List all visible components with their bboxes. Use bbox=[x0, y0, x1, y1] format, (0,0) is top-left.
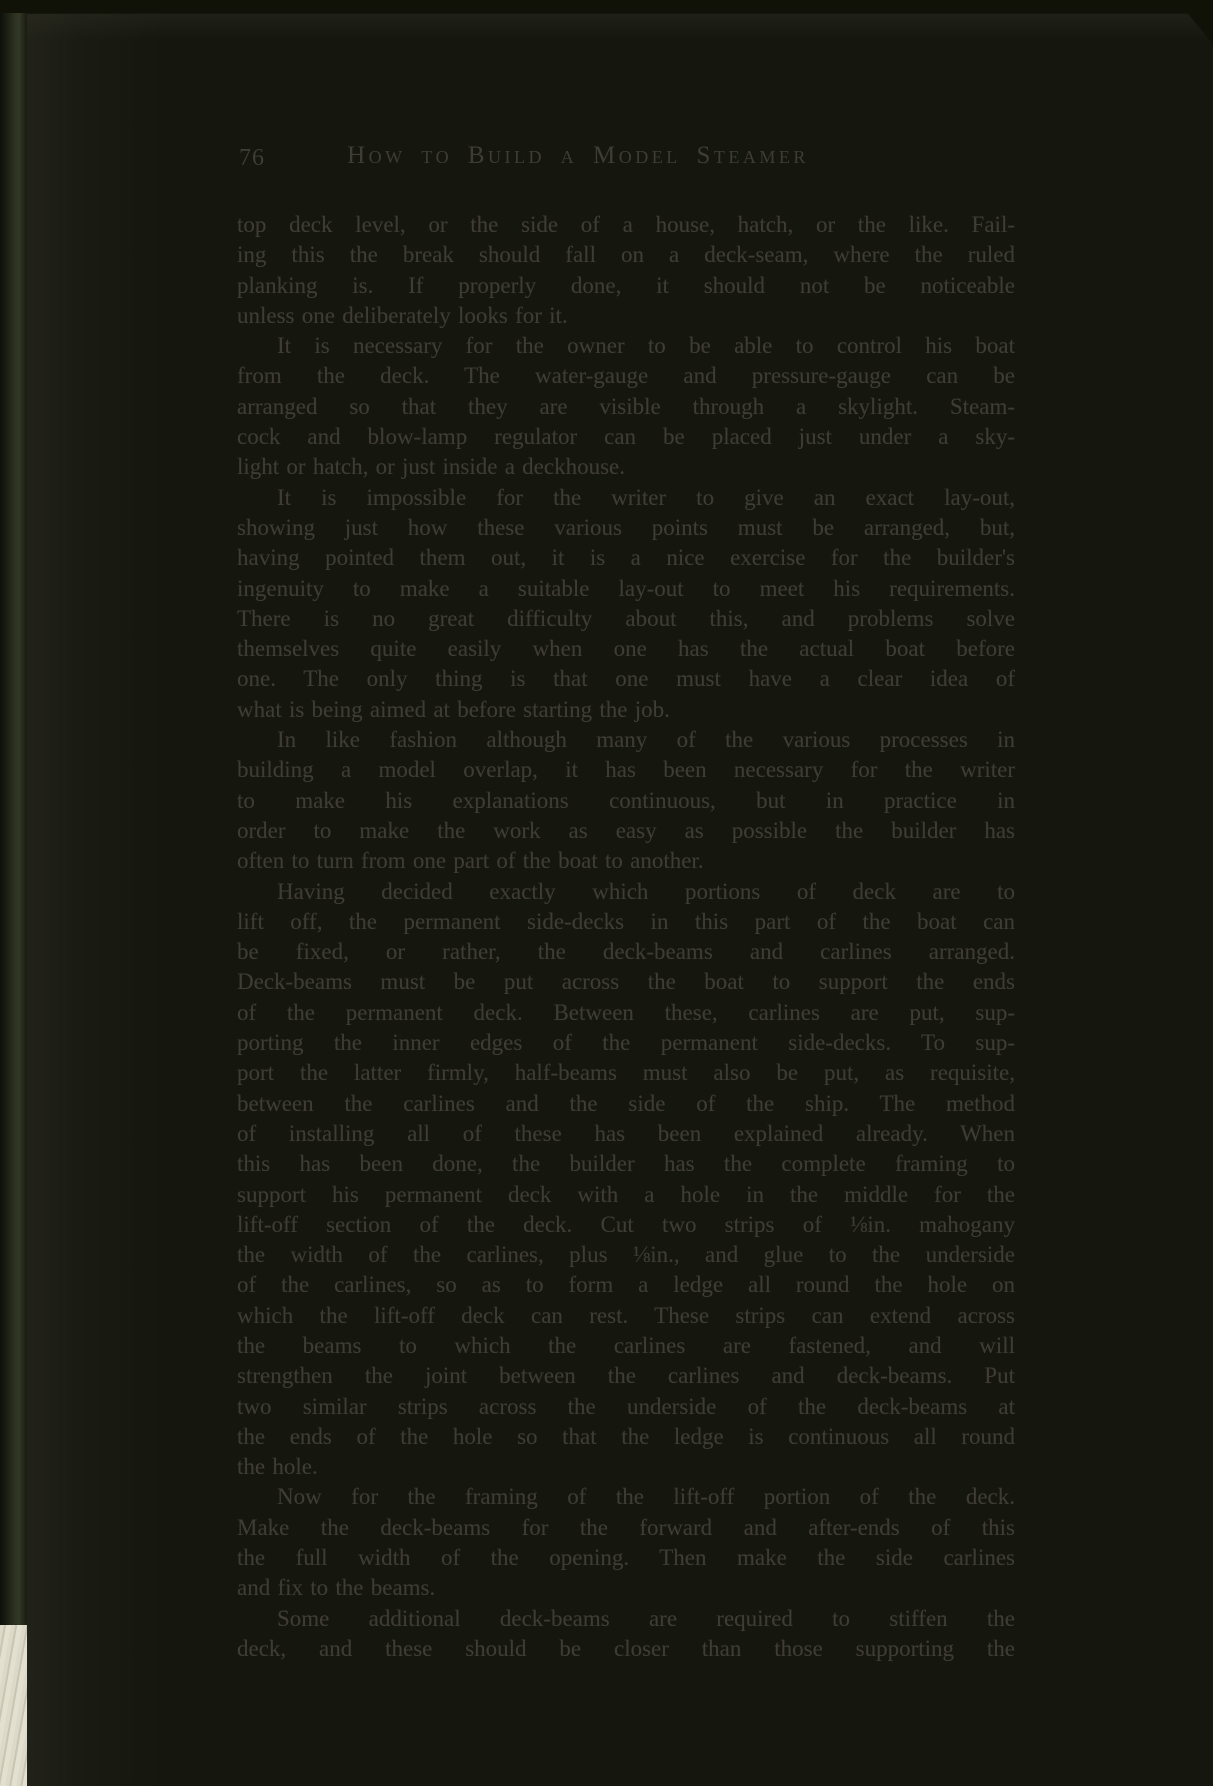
text-line: In like fashion although many of the var… bbox=[237, 725, 1015, 755]
text-line: be fixed, or rather, the deck-beams and … bbox=[237, 937, 1015, 967]
text-line: Deck-beams must be put across the boat t… bbox=[237, 967, 1015, 997]
text-line: of installing all of these has been expl… bbox=[237, 1119, 1015, 1149]
scanned-book-photo: 76 How to Build a Model Steamer top deck… bbox=[0, 0, 1213, 1786]
page-text-block: 76 How to Build a Model Steamer top deck… bbox=[237, 142, 1015, 1664]
text-line: support his permanent deck with a hole i… bbox=[237, 1180, 1015, 1210]
text-line: the ends of the hole so that the ledge i… bbox=[237, 1422, 1015, 1452]
scan-top-edge bbox=[0, 0, 1213, 13]
text-line: top deck level, or the side of a house, … bbox=[237, 210, 1015, 240]
text-line: Now for the framing of the lift-off port… bbox=[237, 1482, 1015, 1512]
text-line: arranged so that they are visible throug… bbox=[237, 392, 1015, 422]
text-line: Having decided exactly which portions of… bbox=[237, 877, 1015, 907]
book-page: 76 How to Build a Model Steamer top deck… bbox=[27, 14, 1213, 1786]
stacked-page-edges bbox=[0, 1625, 27, 1786]
text-line: this has been done, the builder has the … bbox=[237, 1149, 1015, 1179]
text-line: planking is. If properly done, it should… bbox=[237, 271, 1015, 301]
text-line: order to make the work as easy as possib… bbox=[237, 816, 1015, 846]
text-line: ingenuity to make a suitable lay-out to … bbox=[237, 574, 1015, 604]
text-line: and fix to the beams. bbox=[237, 1573, 1015, 1603]
text-line: light or hatch, or just inside a deckhou… bbox=[237, 452, 1015, 482]
book-cover-edge bbox=[0, 0, 27, 1625]
text-line: having pointed them out, it is a nice ex… bbox=[237, 543, 1015, 573]
text-line: one. The only thing is that one must hav… bbox=[237, 664, 1015, 694]
text-line: between the carlines and the side of the… bbox=[237, 1089, 1015, 1119]
text-line: which the lift-off deck can rest. These … bbox=[237, 1301, 1015, 1331]
text-line: porting the inner edges of the permanent… bbox=[237, 1028, 1015, 1058]
text-line: lift off, the permanent side-decks in th… bbox=[237, 907, 1015, 937]
text-line: There is no great difficulty about this,… bbox=[237, 604, 1015, 634]
text-line: what is being aimed at before starting t… bbox=[237, 695, 1015, 725]
text-line: two similar strips across the underside … bbox=[237, 1392, 1015, 1422]
text-line: port the latter firmly, half-beams must … bbox=[237, 1058, 1015, 1088]
text-line: often to turn from one part of the boat … bbox=[237, 846, 1015, 876]
text-line: to make his explanations continuous, but… bbox=[237, 786, 1015, 816]
text-line: building a model overlap, it has been ne… bbox=[237, 755, 1015, 785]
text-line: the beams to which the carlines are fast… bbox=[237, 1331, 1015, 1361]
page-header: 76 How to Build a Model Steamer bbox=[237, 142, 1015, 176]
text-line: ing this the break should fall on a deck… bbox=[237, 240, 1015, 270]
text-line: unless one deliberately looks for it. bbox=[237, 301, 1015, 331]
text-line: from the deck. The water-gauge and press… bbox=[237, 361, 1015, 391]
text-line: of the carlines, so as to form a ledge a… bbox=[237, 1270, 1015, 1300]
text-line: showing just how these various points mu… bbox=[237, 513, 1015, 543]
text-line: strengthen the joint between the carline… bbox=[237, 1361, 1015, 1391]
text-line: Some additional deck-beams are required … bbox=[237, 1604, 1015, 1634]
text-line: the full width of the opening. Then make… bbox=[237, 1543, 1015, 1573]
text-line: themselves quite easily when one has the… bbox=[237, 634, 1015, 664]
text-line: of the permanent deck. Between these, ca… bbox=[237, 998, 1015, 1028]
running-head: How to Build a Model Steamer bbox=[237, 142, 919, 170]
text-line: the hole. bbox=[237, 1452, 1015, 1482]
text-line: Make the deck-beams for the forward and … bbox=[237, 1513, 1015, 1543]
text-line: lift-off section of the deck. Cut two st… bbox=[237, 1210, 1015, 1240]
body-text: top deck level, or the side of a house, … bbox=[237, 210, 1015, 1664]
text-line: deck, and these should be closer than th… bbox=[237, 1634, 1015, 1664]
text-line: It is necessary for the owner to be able… bbox=[237, 331, 1015, 361]
text-line: cock and blow-lamp regulator can be plac… bbox=[237, 422, 1015, 452]
text-line: It is impossible for the writer to give … bbox=[237, 483, 1015, 513]
text-line: the width of the carlines, plus ⅛in., an… bbox=[237, 1240, 1015, 1270]
